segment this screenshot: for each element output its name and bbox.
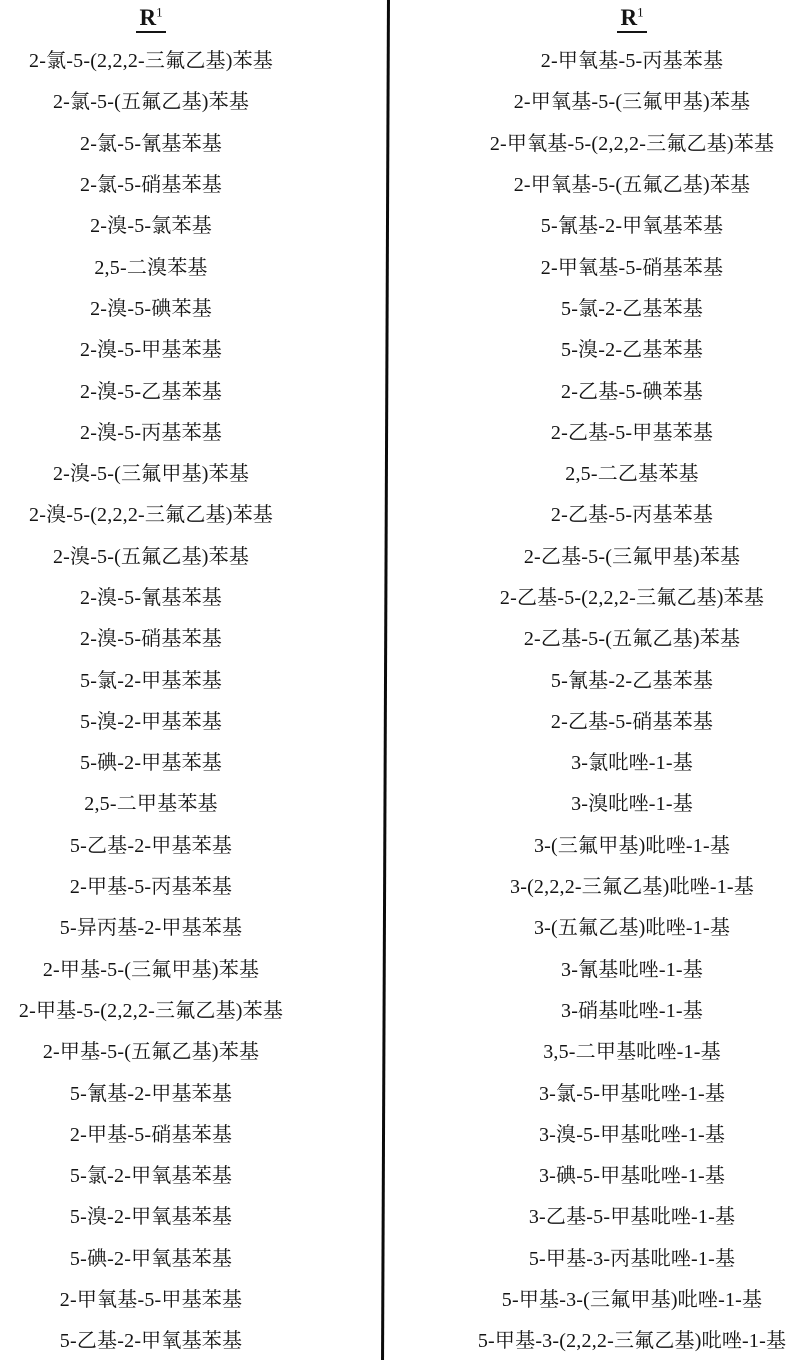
list-item: 5-碘-2-甲基苯基	[0, 740, 302, 781]
list-item: 5-甲基-3-(2,2,2-三氟乙基)吡唑-1-基	[432, 1318, 800, 1359]
list-item: 5-溴-2-乙基苯基	[432, 327, 800, 368]
list-item: 2,5-二乙基苯基	[432, 451, 800, 492]
r1-base: R	[620, 5, 637, 30]
list-item: 5-氯-2-乙基苯基	[432, 286, 800, 327]
list-item: 5-乙基-2-甲基苯基	[0, 823, 302, 864]
right-column-list: 2-甲氧基-5-丙基苯基2-甲氧基-5-(三氟甲基)苯基2-甲氧基-5-(2,2…	[432, 38, 800, 1360]
list-item: 5-氰基-2-甲基苯基	[0, 1070, 302, 1111]
list-item: 3-氰基吡唑-1-基	[432, 947, 800, 988]
list-item: 2,5-二甲基苯基	[0, 781, 302, 822]
list-item: 5-碘-2-甲氧基苯基	[0, 1236, 302, 1277]
list-item: 5-溴-2-甲基苯基	[0, 699, 302, 740]
list-item: 3-(三氟甲基)吡唑-1-基	[432, 823, 800, 864]
r1-heading: R1	[136, 6, 165, 33]
left-column-header: R1	[0, 0, 302, 38]
list-item: 5-甲基-3-(三氟甲基)吡唑-1-基	[432, 1277, 800, 1318]
list-item: 3-乙基-5-甲基吡唑-1-基	[432, 1194, 800, 1235]
list-item: 2,5-二溴苯基	[0, 244, 302, 285]
list-item: 2-溴-5-(五氟乙基)苯基	[0, 534, 302, 575]
list-item: 3-溴吡唑-1-基	[432, 781, 800, 822]
list-item: 2-溴-5-甲基苯基	[0, 327, 302, 368]
list-item: 5-溴-2-甲氧基苯基	[0, 1194, 302, 1235]
list-item: 2-溴-5-(2,2,2-三氟乙基)苯基	[0, 492, 302, 533]
list-item: 2-溴-5-乙基苯基	[0, 368, 302, 409]
list-item: 2-氯-5-(五氟乙基)苯基	[0, 79, 302, 120]
list-item: 5-氯-2-甲氧基苯基	[0, 1153, 302, 1194]
list-item: 2-乙基-5-碘苯基	[432, 368, 800, 409]
list-item: 2-乙基-5-丙基苯基	[432, 492, 800, 533]
list-item: 2-乙基-5-(2,2,2-三氟乙基)苯基	[432, 575, 800, 616]
list-item: 2-甲氧基-5-硝基苯基	[432, 244, 800, 285]
list-item: 5-乙基-2-甲氧基苯基	[0, 1318, 302, 1359]
list-item: 2-甲氧基-5-(2,2,2-三氟乙基)苯基	[432, 121, 800, 162]
list-item: 2-溴-5-氰基苯基	[0, 575, 302, 616]
r1-base: R	[139, 5, 156, 30]
r1-heading: R1	[617, 6, 646, 33]
list-item: 2-甲基-5-硝基苯基	[0, 1112, 302, 1153]
list-item: 3-(五氟乙基)吡唑-1-基	[432, 905, 800, 946]
list-item: 2-甲氧基-5-(五氟乙基)苯基	[432, 162, 800, 203]
list-item: 2-甲氧基-5-丙基苯基	[432, 38, 800, 79]
list-item: 3-氯-5-甲基吡唑-1-基	[432, 1070, 800, 1111]
list-item: 2-溴-5-氯苯基	[0, 203, 302, 244]
list-item: 5-氰基-2-甲氧基苯基	[432, 203, 800, 244]
r1-superscript: 1	[156, 4, 163, 19]
list-item: 2-甲氧基-5-(三氟甲基)苯基	[432, 79, 800, 120]
right-column-header: R1	[432, 0, 800, 38]
list-item: 3-溴-5-甲基吡唑-1-基	[432, 1112, 800, 1153]
list-item: 2-乙基-5-硝基苯基	[432, 699, 800, 740]
r1-superscript: 1	[637, 4, 644, 19]
list-item: 3,5-二甲基吡唑-1-基	[432, 1029, 800, 1070]
list-item: 5-氰基-2-乙基苯基	[432, 657, 800, 698]
list-item: 3-(2,2,2-三氟乙基)吡唑-1-基	[432, 864, 800, 905]
list-item: 2-甲基-5-(2,2,2-三氟乙基)苯基	[0, 988, 302, 1029]
list-item: 2-甲基-5-丙基苯基	[0, 864, 302, 905]
list-item: 2-甲基-5-(五氟乙基)苯基	[0, 1029, 302, 1070]
right-column: R1 2-甲氧基-5-丙基苯基2-甲氧基-5-(三氟甲基)苯基2-甲氧基-5-(…	[432, 0, 800, 1360]
list-item: 2-溴-5-硝基苯基	[0, 616, 302, 657]
list-item: 5-氯-2-甲基苯基	[0, 657, 302, 698]
list-item: 2-乙基-5-(三氟甲基)苯基	[432, 534, 800, 575]
list-item: 2-甲氧基-5-甲基苯基	[0, 1277, 302, 1318]
list-item: 5-甲基-3-丙基吡唑-1-基	[432, 1236, 800, 1277]
list-item: 2-氯-5-氰基苯基	[0, 121, 302, 162]
list-item: 5-异丙基-2-甲基苯基	[0, 905, 302, 946]
list-item: 2-甲基-5-(三氟甲基)苯基	[0, 947, 302, 988]
list-item: 2-乙基-5-甲基苯基	[432, 410, 800, 451]
list-item: 3-碘-5-甲基吡唑-1-基	[432, 1153, 800, 1194]
list-item: 2-溴-5-丙基苯基	[0, 410, 302, 451]
left-column: R1 2-氯-5-(2,2,2-三氟乙基)苯基2-氯-5-(五氟乙基)苯基2-氯…	[0, 0, 302, 1360]
list-item: 2-乙基-5-(五氟乙基)苯基	[432, 616, 800, 657]
patent-document-page: R1 2-氯-5-(2,2,2-三氟乙基)苯基2-氯-5-(五氟乙基)苯基2-氯…	[0, 0, 800, 1360]
list-item: 3-硝基吡唑-1-基	[432, 988, 800, 1029]
list-item: 2-溴-5-(三氟甲基)苯基	[0, 451, 302, 492]
list-item: 2-溴-5-碘苯基	[0, 286, 302, 327]
left-column-list: 2-氯-5-(2,2,2-三氟乙基)苯基2-氯-5-(五氟乙基)苯基2-氯-5-…	[0, 38, 302, 1360]
list-item: 3-氯吡唑-1-基	[432, 740, 800, 781]
list-item: 2-氯-5-(2,2,2-三氟乙基)苯基	[0, 38, 302, 79]
column-divider-line	[381, 0, 389, 1360]
list-item: 2-氯-5-硝基苯基	[0, 162, 302, 203]
